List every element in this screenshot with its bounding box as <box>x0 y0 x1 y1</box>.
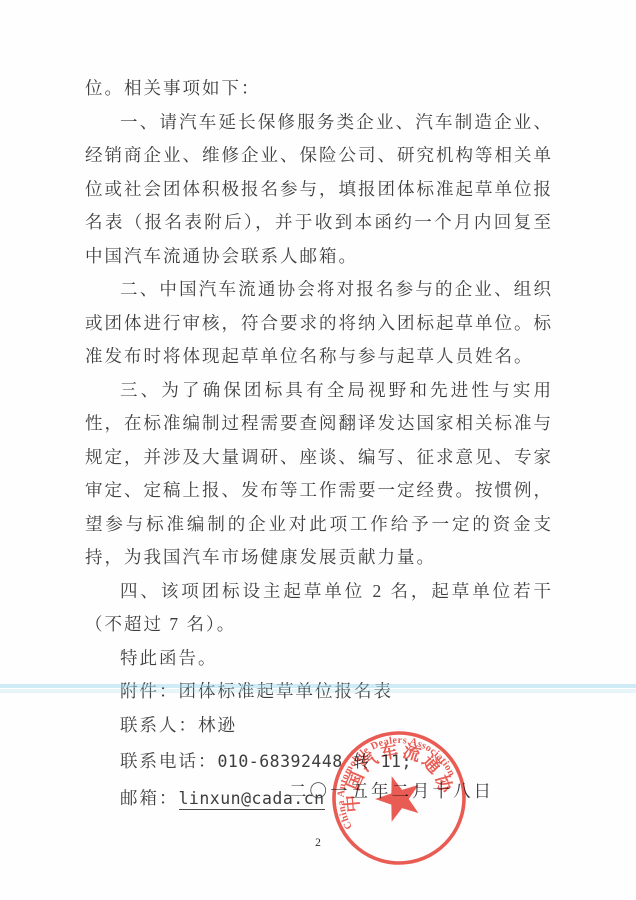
letter-body: 位。相关事项如下： 一、请汽车延长保修服务类企业、汽车制造企业、经销商企业、维修… <box>85 72 553 815</box>
official-seal-stamp: China Automobile Dealers Association 中国汽… <box>329 726 469 872</box>
paragraph-2: 二、中国汽车流通协会将对报名参与的企业、组织或团体进行审核，符合要求的将纳入团标… <box>85 273 553 374</box>
contact-phone-label: 联系电话： <box>120 751 218 771</box>
seal-star-icon <box>373 773 422 823</box>
attachment-line: 附件：团体标准起草单位报名表 <box>85 675 553 709</box>
contact-name-value: 林逊 <box>198 715 237 735</box>
contact-email-label: 邮箱： <box>120 788 179 808</box>
paragraph-4: 四、该项团标设主起草单位 2 名，起草单位若干（不超过 7 名）。 <box>85 575 553 642</box>
page-number: 2 <box>308 837 328 849</box>
scanned-letter-page: 位。相关事项如下： 一、请汽车延长保修服务类企业、汽车制造企业、经销商企业、维修… <box>0 0 636 900</box>
contact-name-line: 联系人：林逊 <box>85 709 553 743</box>
seal-group: China Automobile Dealers Association 中国汽… <box>329 726 469 871</box>
contact-name-label: 联系人： <box>120 715 198 735</box>
contact-phone-line: 联系电话：010-68392448 转 11; <box>85 745 553 779</box>
continuation-line: 位。相关事项如下： <box>85 72 553 106</box>
paragraph-3: 三、为了确保团标具有全局视野和先进性与实用性，在标准编制过程需要查阅翻译发达国家… <box>85 374 553 575</box>
closing-line: 特此函告。 <box>85 642 553 676</box>
paragraph-1: 一、请汽车延长保修服务类企业、汽车制造企业、经销商企业、维修企业、保险公司、研究… <box>85 106 553 274</box>
